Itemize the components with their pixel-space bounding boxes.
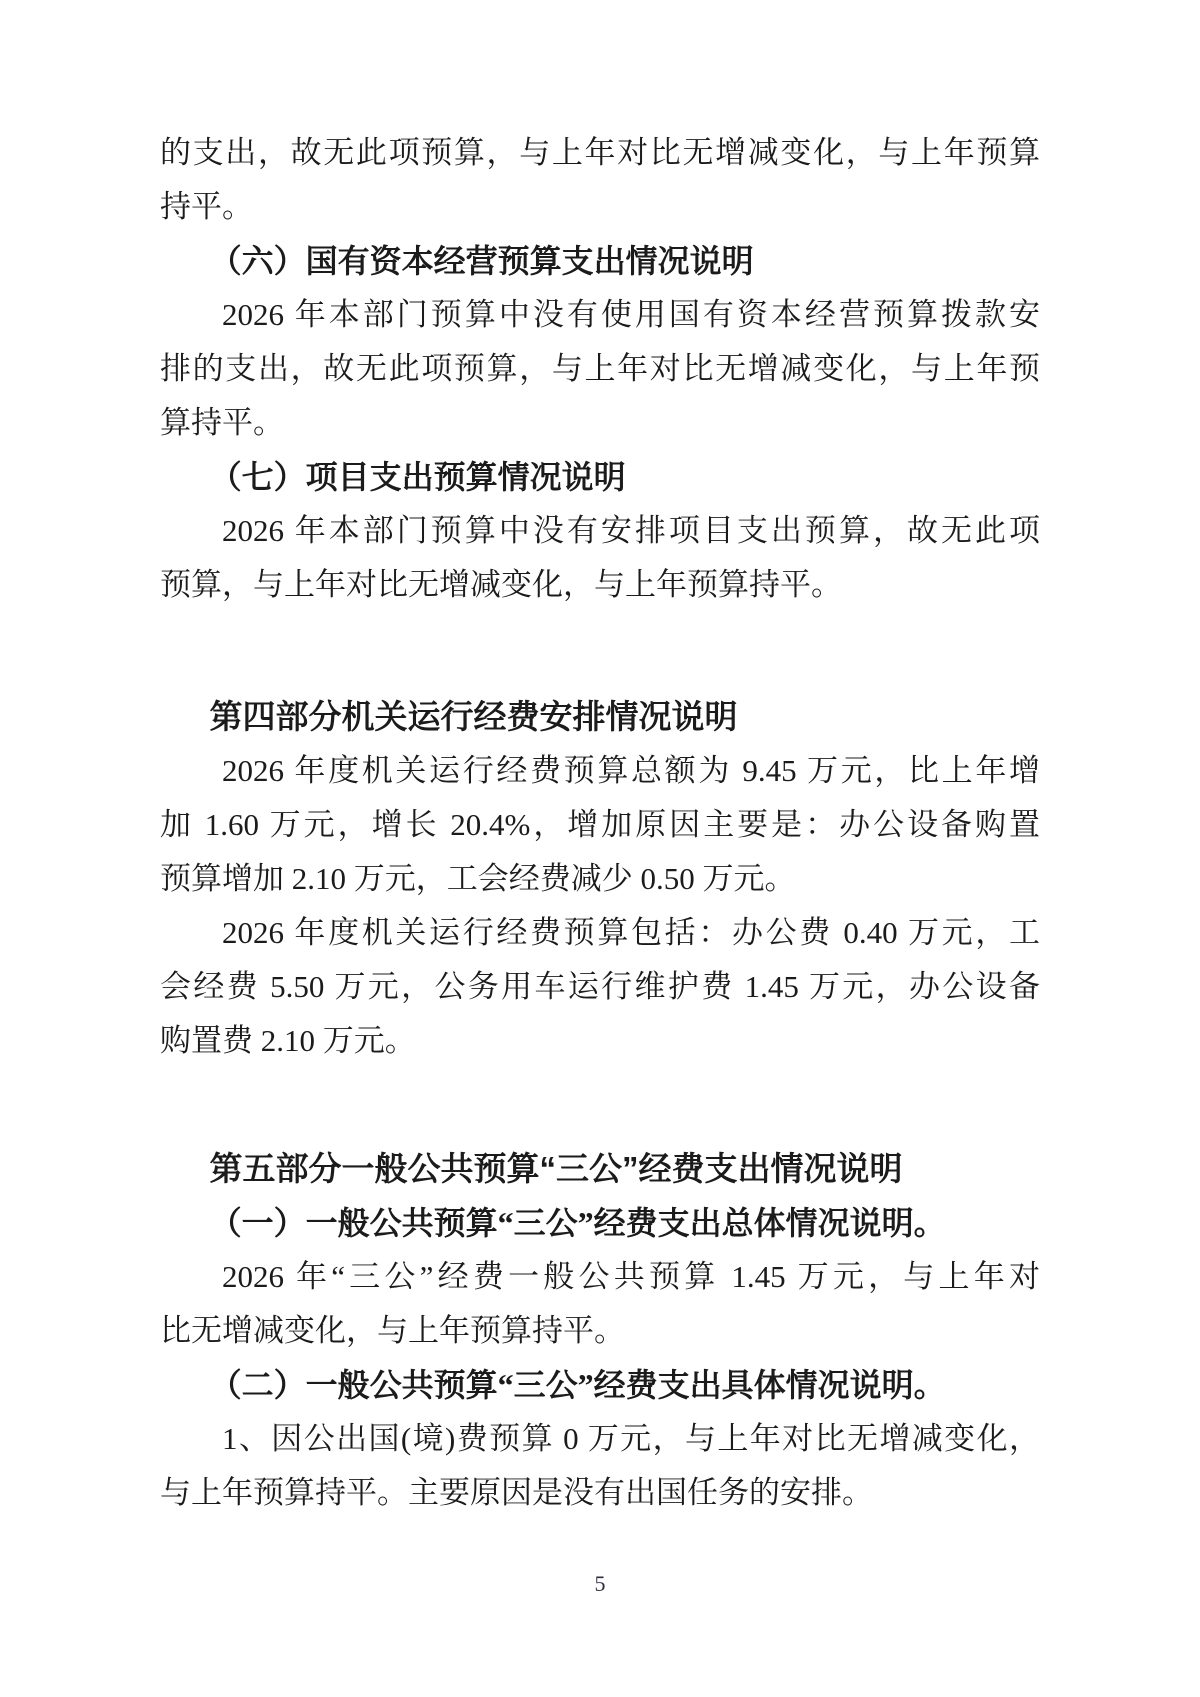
- heading-item-7: （七）项目支出预算情况说明: [160, 450, 1040, 504]
- document-body: 的支出，故无此项预算，与上年对比无增减变化，与上年预算 持平。 （六）国有资本经…: [160, 126, 1040, 1520]
- text-line: 2026 年度机关运行经费预算包括：办公费 0.40 万元，工: [160, 906, 1040, 960]
- heading-item-6: （六）国有资本经营预算支出情况说明: [160, 234, 1040, 288]
- text-line: 2026 年“三公”经费一般公共预算 1.45 万元，与上年对: [160, 1250, 1040, 1304]
- section-gap: [160, 1068, 1040, 1142]
- page-number: 5: [0, 1570, 1200, 1598]
- text-line: 购置费 2.10 万元。: [160, 1014, 1040, 1068]
- heading-part-5: 第五部分一般公共预算“三公”经费支出情况说明: [160, 1142, 1040, 1196]
- heading-part-4: 第四部分机关运行经费安排情况说明: [160, 690, 1040, 744]
- text-line: 比无增减变化，与上年预算持平。: [160, 1304, 1040, 1358]
- text-line: 1、因公出国(境)费预算 0 万元，与上年对比无增减变化，: [160, 1412, 1040, 1466]
- text-line: 算持平。: [160, 396, 1040, 450]
- text-line: 的支出，故无此项预算，与上年对比无增减变化，与上年预算: [160, 126, 1040, 180]
- text-line: 加 1.60 万元，增长 20.4%，增加原因主要是：办公设备购置: [160, 798, 1040, 852]
- text-line: 持平。: [160, 180, 1040, 234]
- text-line: 2026 年本部门预算中没有安排项目支出预算，故无此项: [160, 504, 1040, 558]
- text-line: 会经费 5.50 万元，公务用车运行维护费 1.45 万元，办公设备: [160, 960, 1040, 1014]
- document-page: { "document": { "body": { "lines": [ "的支…: [0, 0, 1200, 1697]
- text-line: 2026 年度机关运行经费预算总额为 9.45 万元，比上年增: [160, 744, 1040, 798]
- section-gap: [160, 612, 1040, 690]
- heading-sub-1: （一）一般公共预算“三公”经费支出总体情况说明。: [160, 1196, 1040, 1250]
- text-line: 排的支出，故无此项预算，与上年对比无增减变化，与上年预: [160, 342, 1040, 396]
- text-line: 与上年预算持平。主要原因是没有出国任务的安排。: [160, 1466, 1040, 1520]
- heading-sub-2: （二）一般公共预算“三公”经费支出具体情况说明。: [160, 1358, 1040, 1412]
- text-line: 2026 年本部门预算中没有使用国有资本经营预算拨款安: [160, 288, 1040, 342]
- text-line: 预算，与上年对比无增减变化，与上年预算持平。: [160, 558, 1040, 612]
- text-line: 预算增加 2.10 万元，工会经费减少 0.50 万元。: [160, 852, 1040, 906]
